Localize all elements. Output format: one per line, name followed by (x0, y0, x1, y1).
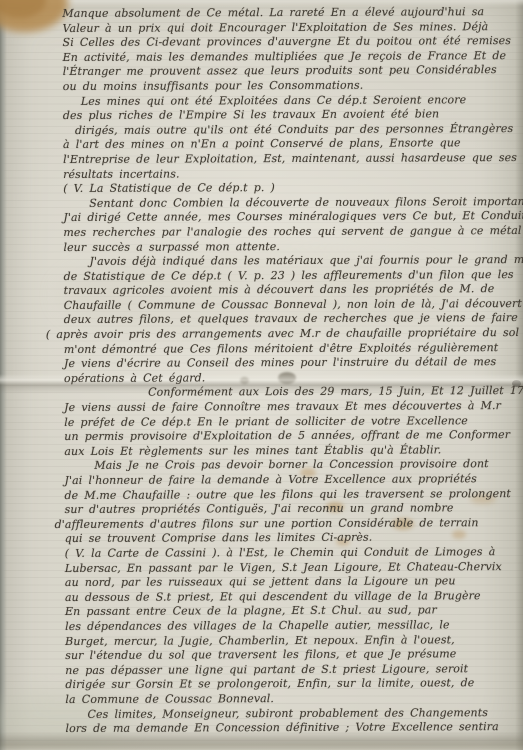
manuscript-line: ( après avoir pris des arrangements avec… (46, 326, 519, 343)
manuscript-line: au nord, par les ruisseaux qui se jetten… (65, 574, 520, 591)
manuscript-line: sur l'étendue du sol que traversent les … (65, 647, 520, 664)
manuscript-line: Conformément aux Lois des 29 mars, 15 Ju… (148, 384, 519, 400)
manuscript-line: l'Étranger me prouvent assez que leurs p… (63, 63, 518, 80)
document-scan: Manque absolument de Ce métal. La rareté… (0, 0, 523, 750)
manuscript-line: ( V. la Carte de Cassini ). à l'Est, le … (65, 545, 520, 562)
manuscript-line: d'affleurements d'autres filons sur une … (55, 516, 520, 533)
manuscript-line: dirigée sur Gorsin Et se prolongeroit, E… (65, 676, 520, 693)
manuscript-line: lors de ma demande En Concession définit… (66, 720, 521, 737)
manuscript-line: Manque absolument de Ce métal. La rareté… (62, 5, 517, 22)
manuscript-line: J'avois déjà indiqué dans les matériaux … (89, 253, 518, 269)
manuscript-line: au dessous de S.t priest, Et qui descend… (65, 589, 520, 606)
manuscript-lines: Manque absolument de Ce métal. La rareté… (62, 5, 520, 745)
manuscript-line: Si Celles des Ci-devant provinces d'auve… (63, 34, 518, 51)
manuscript-line: Je viens aussi de faire Connoître mes tr… (64, 399, 519, 416)
manuscript-line: mes recherches par l'analogie des roches… (63, 224, 518, 241)
manuscript-line: sur d'autres propriétés Contiguës, J'ai … (65, 501, 520, 518)
manuscript-line: J'ai l'honneur de faire la demande à Vot… (64, 472, 519, 489)
manuscript-line: Je viens d'écrire au Conseil des mines p… (64, 355, 519, 372)
manuscript-line: un permis provisoire d'Exploitation de 5… (64, 428, 519, 445)
manuscript-line: Les mines qui ont été Exploitées dans Ce… (81, 93, 518, 110)
manuscript-line: l'Entreprise de leur Exploitation, Est, … (63, 151, 518, 168)
